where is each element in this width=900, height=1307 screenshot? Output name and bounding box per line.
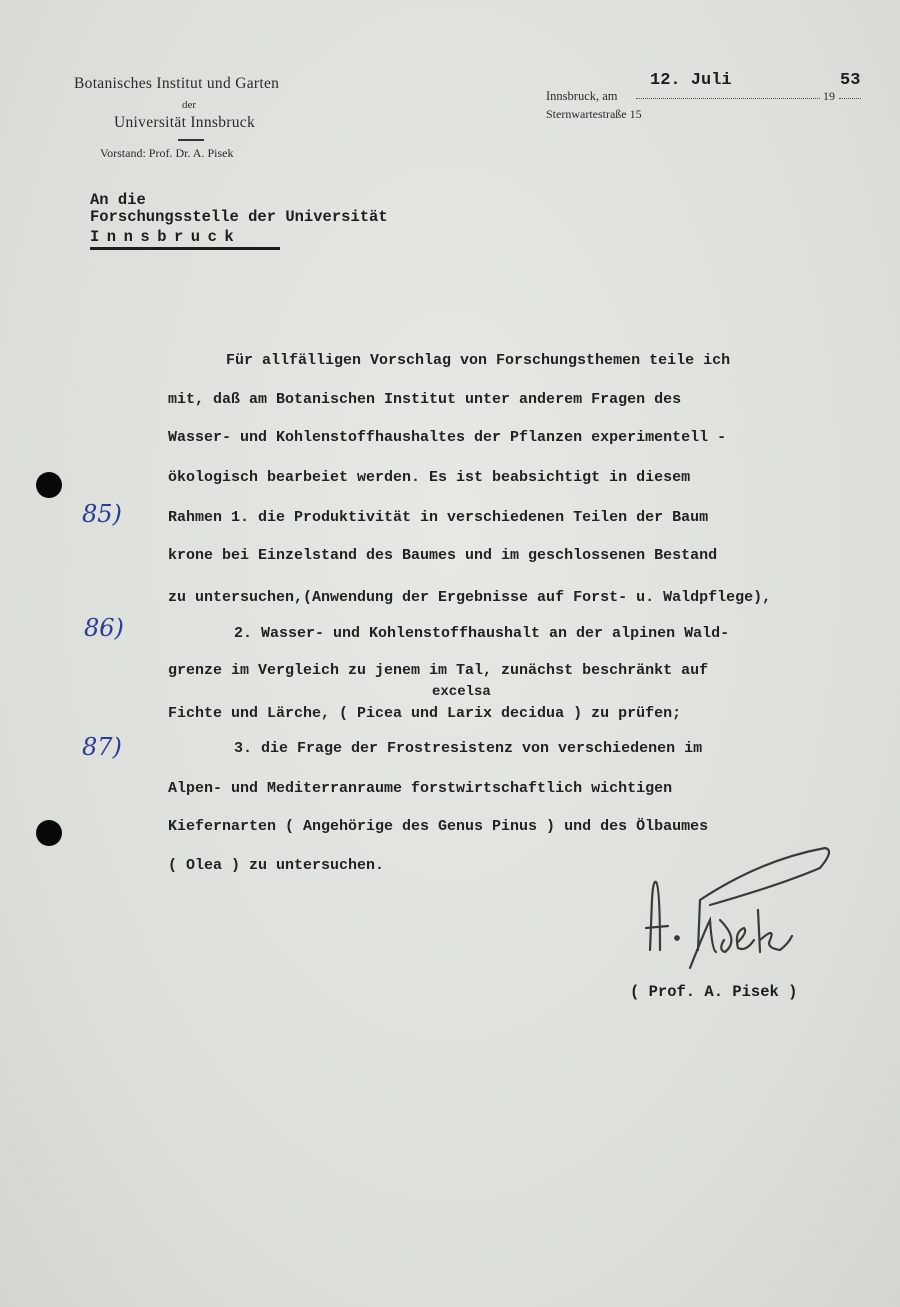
body-line: grenze im Vergleich zu jenem im Tal, zun… bbox=[168, 662, 708, 679]
recipient-line-3: Innsbruck bbox=[90, 228, 241, 246]
body-line: Wasser- und Kohlenstoffhaushaltes der Pf… bbox=[168, 429, 726, 446]
body-line: Für allfälligen Vorschlag von Forschungs… bbox=[226, 352, 730, 369]
recipient-underline bbox=[90, 247, 280, 250]
letterhead-der: der bbox=[182, 99, 196, 111]
margin-annotation: 85) bbox=[82, 500, 122, 528]
letterhead-institution: Botanisches Institut und Garten bbox=[74, 75, 279, 93]
year-dotted-line bbox=[839, 98, 861, 99]
body-line: Fichte und Lärche, ( Picea und Larix dec… bbox=[168, 705, 681, 722]
letterhead-divider bbox=[178, 139, 204, 141]
margin-annotation: 86) bbox=[84, 614, 124, 642]
body-line: 3. die Frage der Frostresistenz von vers… bbox=[234, 740, 702, 757]
body-line: mit, daß am Botanischen Institut unter a… bbox=[168, 391, 681, 408]
typed-date: 12. Juli bbox=[650, 71, 732, 90]
body-line: Rahmen 1. die Produktivität in verschied… bbox=[168, 509, 708, 526]
place-label: Innsbruck, am bbox=[546, 89, 618, 104]
letterhead-university: Universität Innsbruck bbox=[114, 114, 255, 132]
punch-hole-bottom bbox=[36, 820, 62, 846]
date-dotted-line bbox=[636, 98, 820, 99]
body-line: zu untersuchen,(Anwendung der Ergebnisse… bbox=[168, 589, 771, 606]
body-line: ökologisch bearbeiet werden. Es ist beab… bbox=[168, 469, 690, 486]
body-line: ( Olea ) zu untersuchen. bbox=[168, 857, 384, 874]
body-line: Alpen- und Mediterranraume forstwirtscha… bbox=[168, 780, 672, 797]
punch-hole-top bbox=[36, 472, 62, 498]
handwritten-signature-icon bbox=[620, 840, 840, 980]
body-line: Kiefernarten ( Angehörige des Genus Pinu… bbox=[168, 818, 708, 835]
interlinear-insert: excelsa bbox=[432, 684, 491, 700]
recipient-line-1: An die bbox=[90, 191, 146, 209]
typed-year: 53 bbox=[840, 71, 860, 90]
body-line: 2. Wasser- und Kohlenstoffhaushalt an de… bbox=[234, 625, 729, 642]
typed-signature-name: ( Prof. A. Pisek ) bbox=[630, 983, 797, 1001]
year-prefix: 19 bbox=[823, 89, 835, 104]
body-line: krone bei Einzelstand des Baumes und im … bbox=[168, 547, 717, 564]
margin-annotation: 87) bbox=[82, 733, 122, 761]
street-address: Sternwartestraße 15 bbox=[546, 107, 642, 122]
letterhead-director: Vorstand: Prof. Dr. A. Pisek bbox=[100, 146, 233, 161]
recipient-line-2: Forschungsstelle der Universität bbox=[90, 208, 388, 226]
